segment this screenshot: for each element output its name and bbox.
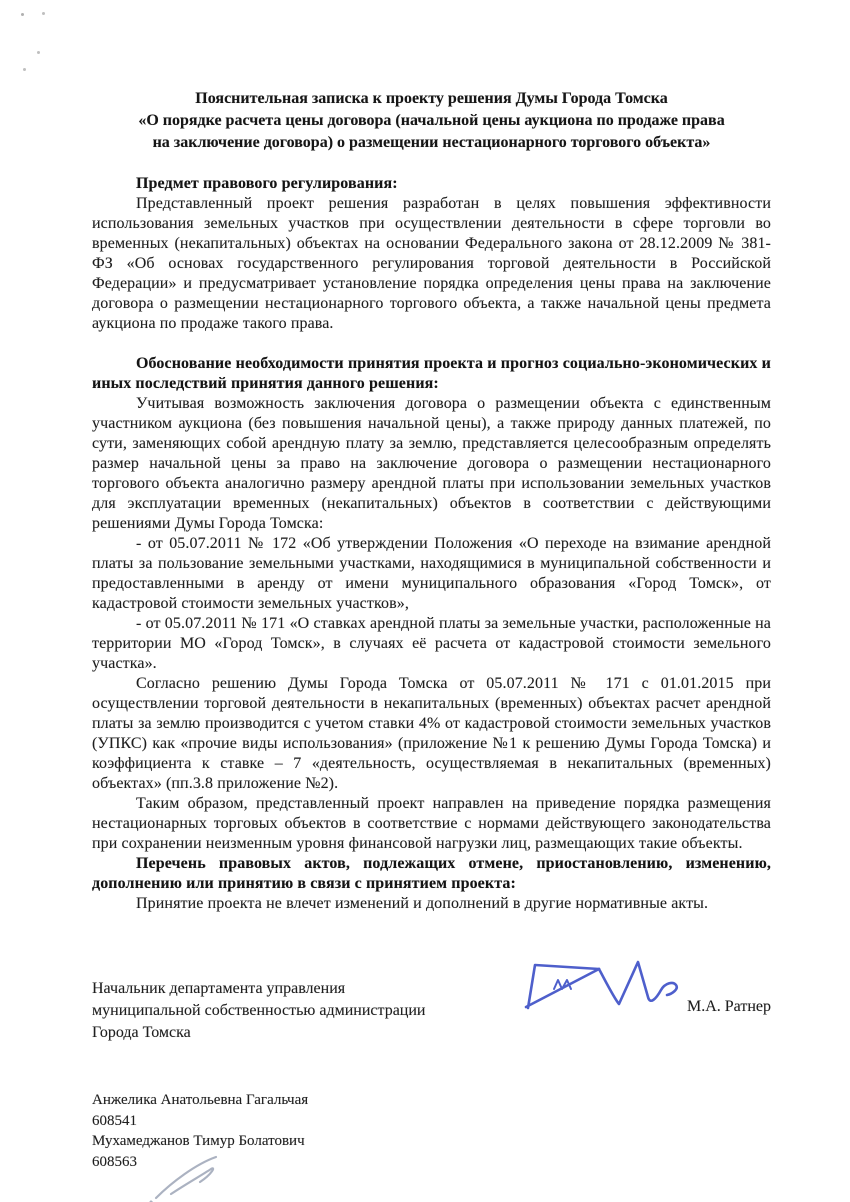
executor-1-phone: 608541: [92, 1111, 771, 1132]
paragraph-justification-1: Учитывая возможность заключения договора…: [92, 394, 771, 534]
heading-list-of-acts: Перечень правовых актов, подлежащих отме…: [92, 854, 771, 894]
executors-block: Анжелика Анатольевна Гагальчая 608541 Му…: [92, 1090, 771, 1172]
title-line-1: Пояснительная записка к проекту решения …: [92, 88, 771, 110]
signatory-position-line-2: муниципальной собственностью администрац…: [92, 1000, 522, 1022]
document-title: Пояснительная записка к проекту решения …: [92, 88, 771, 154]
scanned-document-page: Пояснительная записка к проекту решения …: [0, 0, 850, 1202]
title-line-3: на заключение договора) о размещении нес…: [92, 132, 771, 154]
heading-justification: Обоснование необходимости принятия проек…: [92, 354, 771, 394]
signature-ink: [502, 950, 687, 1045]
executor-1-name: Анжелика Анатольевна Гагальчая: [92, 1090, 771, 1111]
scan-artifact-dot: [23, 68, 26, 71]
list-item-decision-172: - от 05.07.2011 № 172 «Об утверждении По…: [92, 534, 771, 614]
document-body: Пояснительная записка к проекту решения …: [92, 88, 771, 1172]
paragraph-subject: Представленный проект решения разработан…: [92, 194, 771, 334]
scan-artifact-dot: [37, 51, 40, 54]
title-line-2: «О порядке расчета цены договора (началь…: [92, 110, 771, 132]
scan-artifact-dot: [21, 13, 24, 16]
heading-subject-of-regulation: Предмет правового регулирования:: [92, 174, 771, 194]
signatory-position: Начальник департамента управления муници…: [92, 978, 522, 1044]
paragraph-justification-3: Таким образом, представленный проект нап…: [92, 794, 771, 854]
signatory-position-line-3: Города Томска: [92, 1022, 522, 1044]
scan-artifact-dot: [42, 12, 45, 15]
initials-scribble: [140, 1148, 240, 1202]
paragraph-justification-2: Согласно решению Думы Города Томска от 0…: [92, 674, 771, 794]
signature-block: Начальник департамента управления муници…: [92, 964, 771, 1054]
paragraph-acts: Принятие проекта не влечет изменений и д…: [92, 894, 771, 914]
list-item-decision-171: - от 05.07.2011 № 171 «О ставках арендно…: [92, 614, 771, 674]
signatory-position-line-1: Начальник департамента управления: [92, 978, 522, 1000]
signatory-name: М.А. Ратнер: [687, 998, 771, 1016]
